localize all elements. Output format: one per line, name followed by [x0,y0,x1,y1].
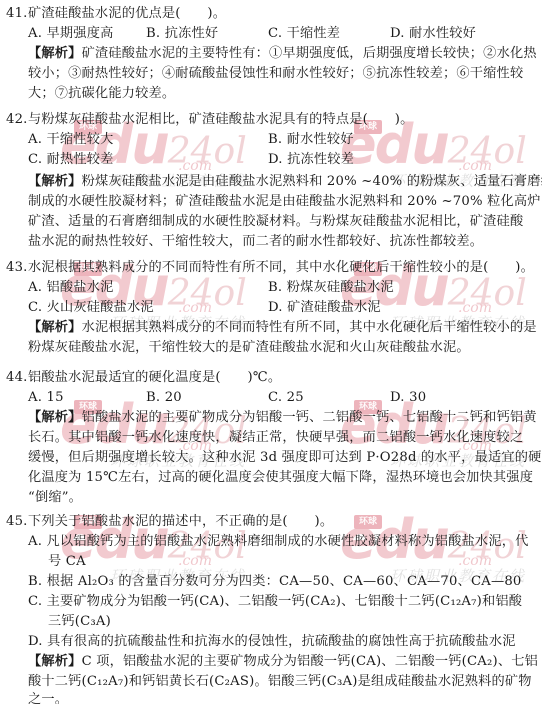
option-a-cont: 号 CA [48,552,86,572]
option-c: C. 耐热性较差 [28,150,114,170]
analysis-line: 矿渣、适量的石膏磨细制成的水硬性胶凝材料。与粉煤灰硅酸盐水泥相比，矿渣硅酸 [28,212,523,232]
question-number: 42. [6,110,28,130]
option-a: A. 15 [28,388,64,408]
analysis-line: 化温度为 15℃左右，过高的硬化温度会使其强度大幅下降，湿热环境也会加快其强度 [28,468,533,488]
exam-page: 环球 edu24ol .com 环球职业教育在线 环球 edu24ol .com… [0,0,542,704]
option-b: B. 根据 Al₂O₃ 的含量百分数可分为四类：CA—50、CA—60、CA—7… [28,572,522,592]
analysis: 【解析】铝酸盐水泥的主要矿物成分为铝酸一钙、二铝酸一钙、七铝酸十二钙和钙铝黄 [28,408,537,428]
option-b: B. 粉煤灰硅酸盐水泥 [268,278,394,298]
watermark-number: 24ol [448,273,527,314]
analysis-line: 酸十二钙(C₁₂A₇)和钙铝黄长石(C₂AS)。铝酸三钙(C₃A)是组成硅酸盐水… [28,672,532,692]
analysis-label: 【解析】 [28,174,82,189]
question-stem: 矿渣硅酸盐水泥的优点是( )。 [28,4,226,24]
analysis: 【解析】粉煤灰硅酸盐水泥是由硅酸盐水泥熟料和 20% ~40% 的粉煤灰、适量石… [28,172,542,192]
option-c: C. 25 [268,388,304,408]
option-a: A. 干缩性较大 [28,130,113,150]
analysis-line: “倒缩”。 [28,488,82,508]
option-c: C. 干缩性差 [268,24,340,44]
watermark-number: 24ol [448,131,527,172]
option-a: A. 凡以铝酸钙为主的铝酸盐水泥熟料磨细制成的水硬性胶凝材料称为铝酸盐水泥，代 [28,532,528,552]
analysis-line: 大；⑦抗碳化能力较差。 [28,84,175,104]
watermark-domain: .com [178,300,212,316]
analysis-line: 长石。其中铝酸一钙水化速度快，凝结正常，快硬早强，而二铝酸一钙水化速度较之 [28,428,523,448]
option-d: D. 具有很高的抗硫酸盐性和抗海水的侵蚀性，抗硫酸盐的腐蚀性高于抗硫酸盐水泥 [28,632,516,652]
watermark-number: 24ol [168,273,247,314]
analysis-line: 盐水泥的耐热性较好、干缩性较大，而二者的耐水性都较好、抗冻性都较差。 [28,232,483,252]
option-d: D. 30 [390,388,426,408]
analysis-label: 【解析】 [28,654,82,669]
analysis-label: 【解析】 [28,410,82,425]
analysis-line: 粉煤灰硅酸盐水泥，干缩性较大的是矿渣硅酸盐水泥和火山灰硅酸盐水泥。 [28,338,470,358]
watermark-domain: .com [458,553,492,569]
question-number: 41. [6,4,28,24]
analysis: 【解析】C 项，铝酸盐水泥的主要矿物成分为铝酸一钙(CA)、二铝酸一钙(CA₂)… [28,652,538,672]
option-d: D. 矿渣硅酸盐水泥 [268,298,381,318]
analysis-line: 缓慢，但后期强度增长较大。这种水泥 3d 强度即可达到 P·O28d 的水平，最… [28,448,542,468]
analysis-line: 制成的水硬性胶凝材料；矿渣硅酸盐水泥是由硅酸盐水泥熟料和 20% ~70% 粒化… [28,192,541,212]
watermark-domain: .com [458,300,492,316]
option-b: B. 耐水性较好 [268,130,354,150]
option-c-cont: 三钙(C₃A) [48,612,111,632]
watermark-domain: .com [178,553,212,569]
question-stem: 与粉煤灰硅酸盐水泥相比，矿渣硅酸盐水泥具有的特点是( )。 [28,110,414,130]
question-stem: 水泥根据其熟料成分的不同而特性有所不同，其中水化硬化后干缩性较小的是( )。 [28,258,534,278]
watermark-number: 24ol [168,131,247,172]
option-a: A. 早期强度高 [28,24,113,44]
option-d: D. 抗冻性较差 [268,150,354,170]
option-c: C. 火山灰硅酸盐水泥 [28,298,154,318]
question-number: 44. [6,368,28,388]
option-b: B. 抗冻性好 [146,24,218,44]
option-c: C. 主要矿物成分为铝酸一钙(CA)、二铝酸一钙(CA₂)、七铝酸十二钙(C₁₂… [28,592,522,612]
analysis-line: 较小；③耐热性较好；④耐硫酸盐侵蚀性和耐水性较好；⑤抗冻性较差；⑥干缩性较 [28,64,523,84]
watermark-badge: 环球 [354,515,382,529]
question-stem: 下列关于铝酸盐水泥的描述中，不正确的是( )。 [28,512,333,532]
analysis-label: 【解析】 [28,46,82,61]
option-b: B. 20 [146,388,182,408]
question-number: 45. [6,512,28,532]
question-stem: 铝酸盐水泥最适宜的硬化温度是( )℃。 [28,368,281,388]
option-d: D. 耐水性较好 [390,24,476,44]
question-number: 43. [6,258,28,278]
analysis-line: 之一。 [28,690,68,704]
analysis-label: 【解析】 [28,320,82,335]
option-a: A. 铝酸盐水泥 [28,278,113,298]
analysis: 【解析】矿渣硅酸盐水泥的主要特性有：①早期强度低，后期强度增长较快；②水化热 [28,44,537,64]
analysis: 【解析】水泥根据其熟料成分的不同而特性有所不同，其中水化硬化后干缩性较小的是 [28,318,537,338]
